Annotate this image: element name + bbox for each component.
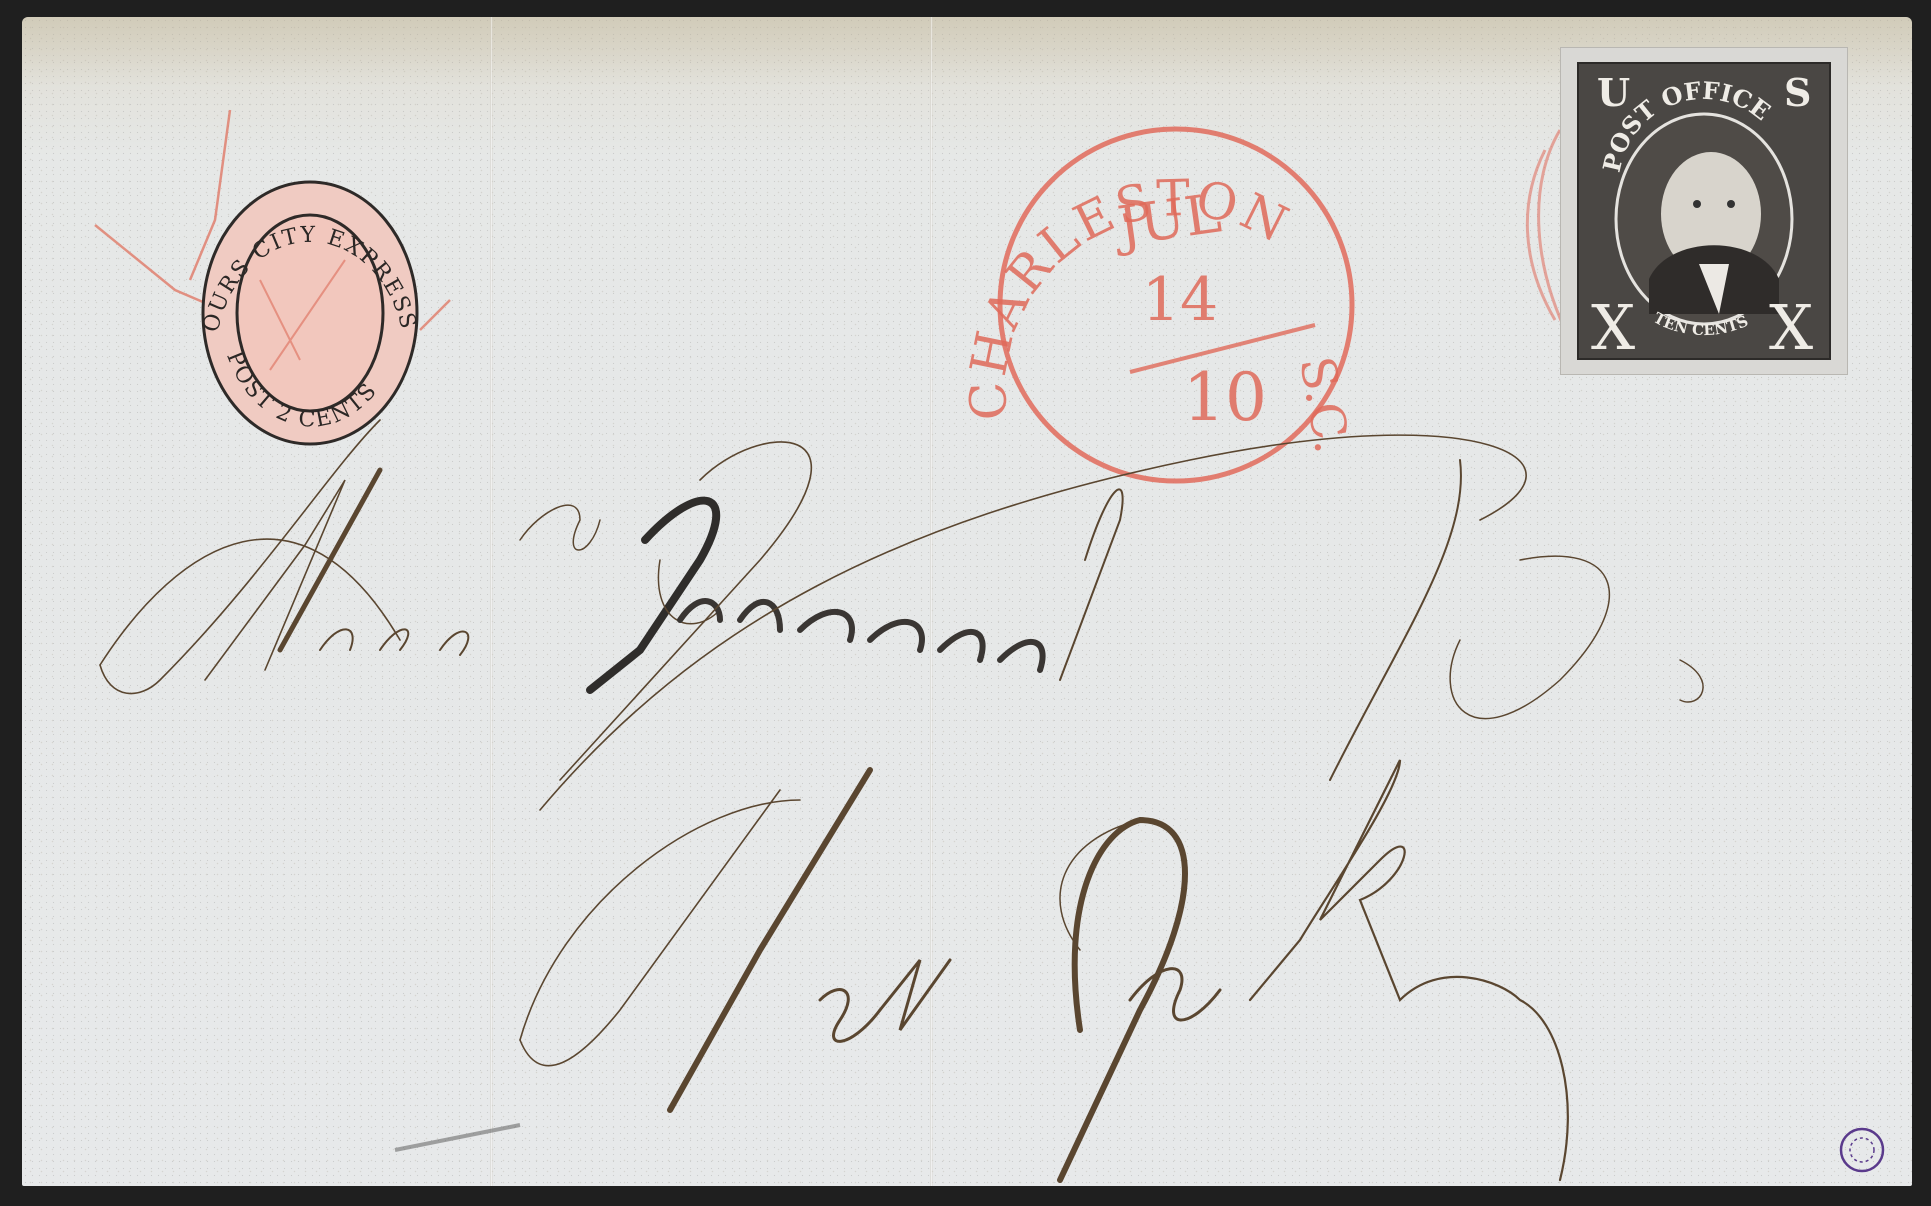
postmark-month: JUL (1109, 181, 1225, 258)
postmark-day: 14 (1142, 265, 1218, 335)
us-10-cent-stamp: U S POST OFFICE TEN CENTS X X (1560, 47, 1848, 375)
stamp-letter-s: S (1784, 70, 1811, 115)
stamp-frame: U S POST OFFICE TEN CENTS X X (1577, 62, 1831, 360)
charleston-postmark: CHARLESTON S.C. JUL 14 10 (959, 129, 1361, 481)
pencil-smudge (395, 1125, 520, 1150)
stamp-x-left: X (1591, 291, 1635, 358)
stamp-x-right: X (1769, 291, 1813, 358)
manuscript-address (100, 420, 1703, 1180)
postmark-rate: 10 (1183, 359, 1267, 436)
stamp-letter-u: U (1597, 70, 1630, 115)
local-post-stamp: OURS CITY EXPRESS POST 2 CENTS (199, 182, 421, 444)
expertizing-mark (1841, 1129, 1883, 1171)
stamp-engraving: U S POST OFFICE TEN CENTS X X (1579, 64, 1829, 358)
